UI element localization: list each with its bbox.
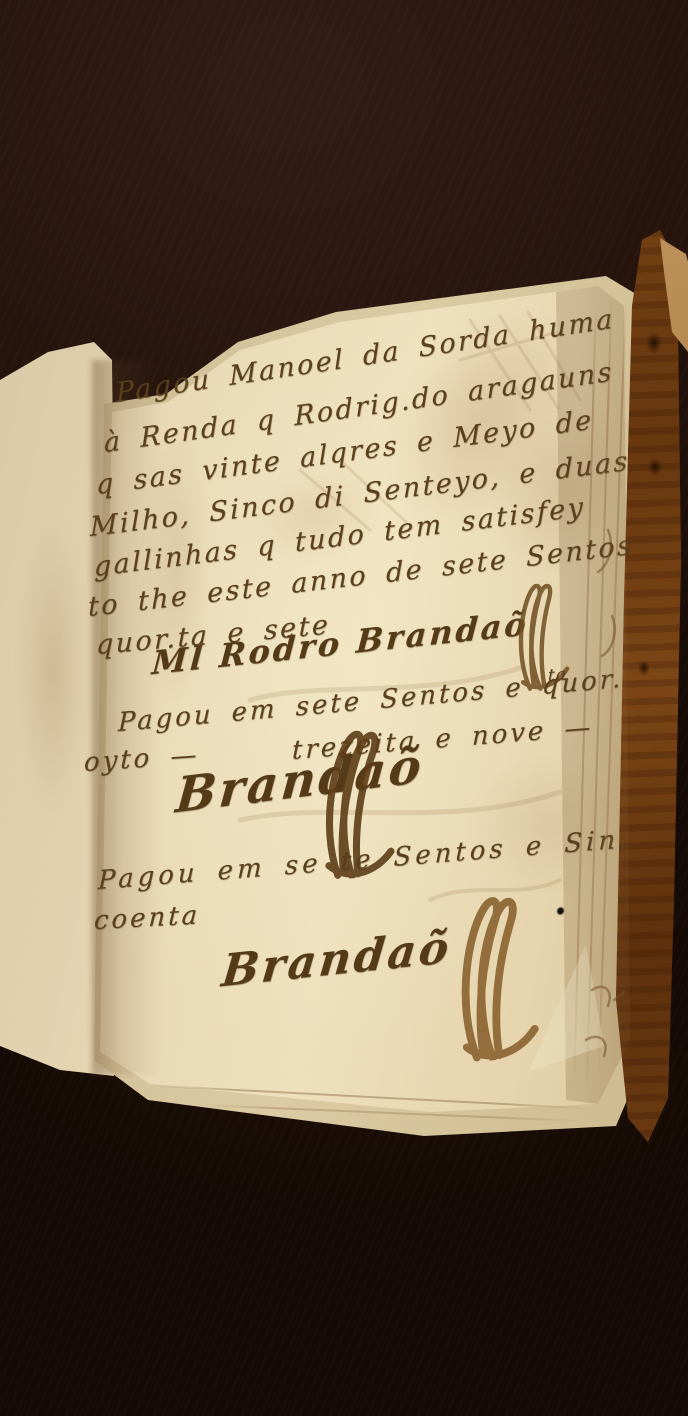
leather-knot — [648, 458, 662, 476]
paper-stain — [18, 520, 88, 820]
leather-knot — [646, 332, 662, 354]
leather-knot — [638, 660, 650, 676]
entry2-superscript: ta — [548, 664, 567, 686]
entry3-line-2: coenta — [93, 900, 201, 936]
account-book: Pagou Manoel da Sorda huma à Renda q Rod… — [0, 0, 688, 1416]
signature-flourish — [430, 887, 555, 1065]
